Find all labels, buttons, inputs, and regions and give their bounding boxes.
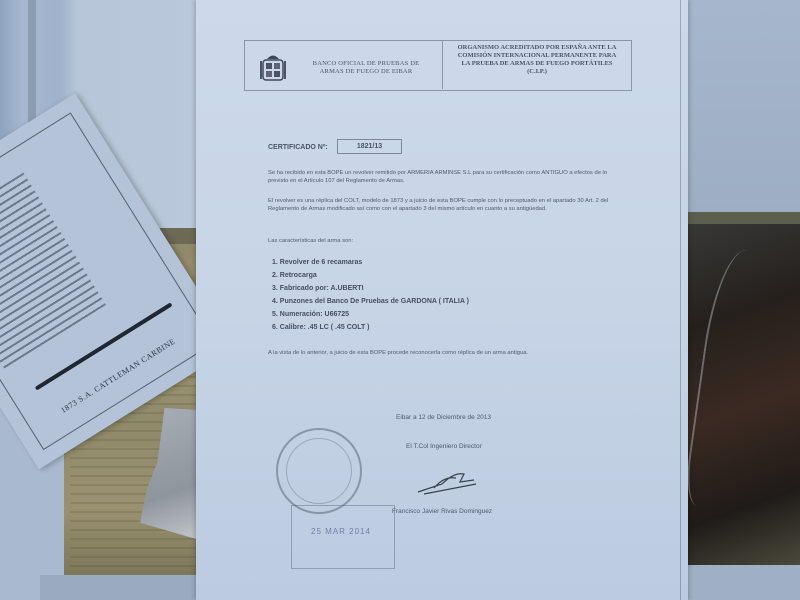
feature-item: 2. Retrocarga (272, 269, 469, 282)
signer-title: El T.Col Ingeniero Director (406, 443, 482, 450)
features-intro: Las características del arma son: (268, 238, 624, 246)
accreditation-line-1: ORGANISMO ACREDITADO POR ESPAÑA ANTE LA (444, 44, 630, 52)
conclusion-paragraph: A la vista de lo anterior, a juicio de e… (268, 350, 624, 358)
feature-item: 4. Punzones del Banco De Pruebas de GARD… (272, 295, 469, 308)
issuer-line-2: ARMAS DE FUEGO DE EIBAR (296, 68, 436, 76)
feature-item: 1. Revolver de 6 recamaras (272, 256, 469, 269)
spanish-coat-of-arms-icon (260, 52, 286, 84)
seal-inner-ring (286, 438, 352, 504)
accreditation-text: ORGANISMO ACREDITADO POR ESPAÑA ANTE LA … (444, 44, 630, 76)
header-divider (442, 40, 443, 89)
signer-name: Francisco Javier Rivas Dominguez (392, 508, 492, 515)
replica-paragraph: El revolver es una réplica del COLT, mod… (268, 198, 624, 213)
features-list: 1. Revolver de 6 recamaras 2. Retrocarga… (272, 256, 469, 334)
certificate-number-value: 1821/13 (337, 139, 402, 154)
signature-icon (414, 466, 484, 498)
accreditation-line-2: COMISIÓN INTERNACIONAL PERMANENTE PARA (444, 52, 630, 60)
box-bottom-edge (40, 575, 220, 600)
box-rim-right (683, 212, 800, 224)
accreditation-line-3: LA PRUEBA DE ARMAS DE FUEGO PORTÁTILES (444, 60, 630, 68)
feature-item: 6. Calibre: .45 LC ( .45 COLT ) (272, 321, 469, 334)
received-stamp-date: 25 MAR 2014 (311, 527, 371, 536)
certificate-number-label: CERTIFICADO Nº: (268, 144, 328, 151)
feature-item: 3. Fabricado por: A.UBERTI (272, 282, 469, 295)
background-surface (680, 0, 800, 215)
issuer-name: BANCO OFICIAL DE PRUEBAS DE ARMAS DE FUE… (296, 60, 436, 76)
feature-item: 5. Numeración: U66725 (272, 308, 469, 321)
official-seal (276, 428, 362, 514)
accreditation-line-4: (C.I.P.) (444, 68, 630, 76)
photo-scene: 1873 S.A. CATTLEMAN CARBINE BANCO OFICIA… (0, 0, 800, 600)
place-and-date: Eibar a 12 de Diciembre de 2013 (396, 414, 491, 421)
received-stamp (291, 505, 395, 569)
fold-line (680, 0, 681, 600)
issuer-line-1: BANCO OFICIAL DE PRUEBAS DE (296, 60, 436, 68)
box-bottom-right (683, 565, 800, 600)
certificate-document: BANCO OFICIAL DE PRUEBAS DE ARMAS DE FUE… (196, 0, 688, 600)
receipt-paragraph: Se ha recibido en esta BOPE un revolver … (268, 170, 624, 185)
